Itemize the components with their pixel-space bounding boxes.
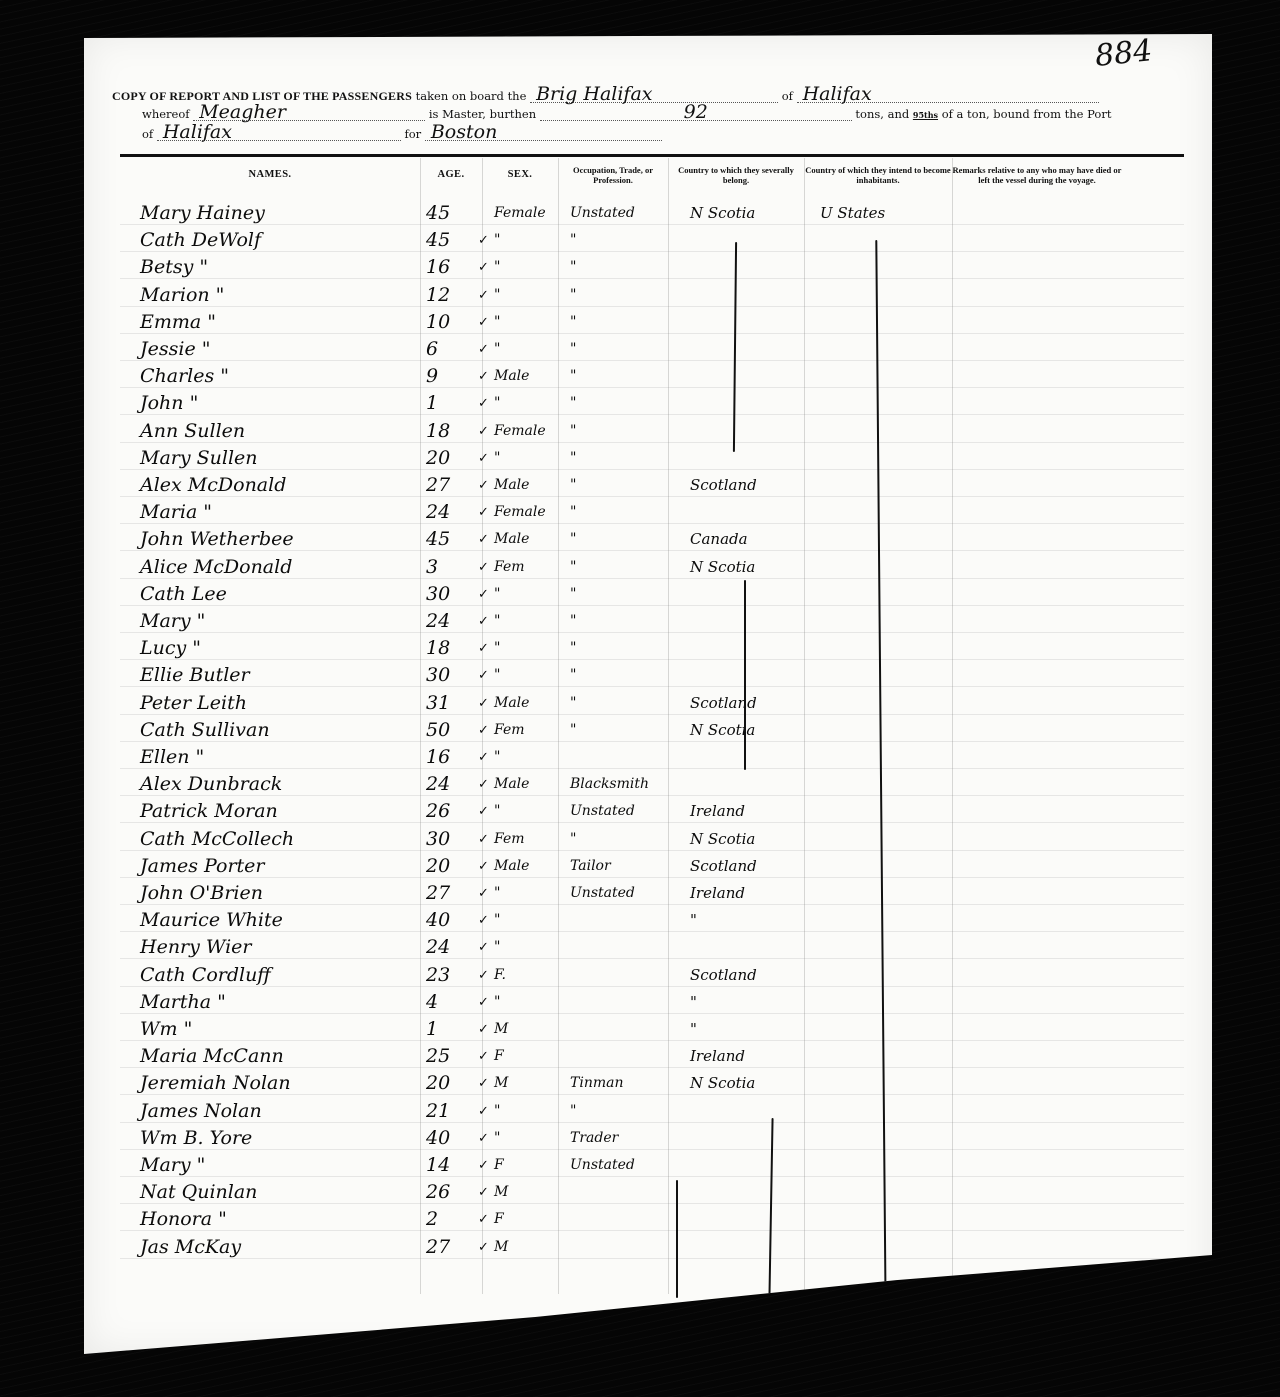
check-mark-icon: ✓	[478, 750, 489, 765]
passenger-age: 50	[426, 719, 450, 741]
check-mark-icon: ✓	[478, 478, 489, 493]
passenger-age: 45	[426, 528, 450, 550]
passenger-sex: Male	[494, 858, 529, 874]
check-mark-icon: ✓	[478, 587, 489, 602]
check-mark-icon: ✓	[478, 1212, 489, 1227]
passenger-occupation: Unstated	[570, 803, 635, 819]
ditto-line-occupation	[676, 1180, 678, 1298]
passenger-occupation: "	[570, 613, 576, 629]
passenger-occupation: "	[570, 341, 576, 357]
passenger-occupation: Tailor	[570, 858, 611, 874]
passenger-name: Alex McDonald	[140, 474, 286, 496]
passenger-age: 1	[426, 392, 438, 414]
passenger-name: Mary Hainey	[140, 202, 265, 224]
passenger-occupation: Trader	[570, 1130, 618, 1146]
passenger-sex: F	[494, 1157, 504, 1173]
passenger-sex: "	[494, 1130, 500, 1146]
col-country-intend: Country of which they intend to become i…	[804, 158, 952, 192]
check-mark-icon: ✓	[478, 560, 489, 575]
page-number: 884	[1093, 33, 1154, 74]
passenger-age: 24	[426, 610, 450, 632]
passenger-age: 6	[426, 338, 438, 360]
passenger-country: Canada	[690, 530, 748, 548]
passenger-destination: U States	[820, 204, 885, 222]
passenger-name: Nat Quinlan	[140, 1181, 257, 1203]
passenger-occupation: "	[570, 259, 576, 275]
passenger-row: Patrick Moran26"UnstatedIreland✓	[84, 800, 1212, 824]
passenger-sex: "	[494, 1103, 500, 1119]
passenger-occupation: Blacksmith	[570, 776, 649, 792]
passenger-country: N Scotia	[690, 1074, 755, 1092]
passenger-name: John "	[140, 392, 198, 414]
passenger-occupation: "	[570, 1103, 576, 1119]
col-names: NAMES.	[120, 158, 420, 192]
header-rule	[120, 154, 1184, 157]
passenger-name: Alice McDonald	[140, 556, 292, 578]
passenger-row: Peter Leith31Male"Scotland✓	[84, 692, 1212, 716]
passenger-row: Cath Sullivan50Fem"N Scotia✓	[84, 719, 1212, 743]
passenger-row: Cath Cordluff23F.Scotland✓	[84, 964, 1212, 988]
passenger-age: 21	[426, 1100, 450, 1122]
check-mark-icon: ✓	[478, 1158, 489, 1173]
passenger-sex: "	[494, 667, 500, 683]
passenger-row: Emma "10""✓	[84, 311, 1212, 335]
passenger-row: Maurice White40""✓	[84, 909, 1212, 933]
passenger-row: Wm "1M"✓	[84, 1018, 1212, 1042]
check-mark-icon: ✓	[478, 532, 489, 547]
passenger-occupation: "	[570, 477, 576, 493]
passenger-age: 45	[426, 202, 450, 224]
passenger-sex: F.	[494, 967, 506, 983]
passenger-sex: Female	[494, 205, 546, 221]
passenger-age: 18	[426, 637, 450, 659]
check-mark-icon: ✓	[478, 804, 489, 819]
passenger-sex: Male	[494, 477, 529, 493]
ditto-line-country-2	[744, 580, 746, 770]
check-mark-icon: ✓	[478, 886, 489, 901]
passenger-sex: M	[494, 1075, 508, 1091]
passenger-country: N Scotia	[690, 204, 755, 222]
passenger-row: Charles "9Male"✓	[84, 365, 1212, 389]
check-mark-icon: ✓	[478, 451, 489, 466]
passenger-occupation: Unstated	[570, 205, 635, 221]
passenger-name: Ann Sullen	[140, 420, 245, 442]
passenger-age: 24	[426, 501, 450, 523]
passenger-name: Jas McKay	[140, 1236, 241, 1258]
passenger-row: Wm B. Yore40"Trader✓	[84, 1127, 1212, 1151]
col-occupation: Occupation, Trade, or Profession.	[558, 158, 668, 192]
passenger-name: Cath McCollech	[140, 828, 294, 850]
passenger-occupation: "	[570, 695, 576, 711]
check-mark-icon: ✓	[478, 260, 489, 275]
passenger-row: Henry Wier24"✓	[84, 936, 1212, 960]
check-mark-icon: ✓	[478, 832, 489, 847]
passenger-name: Cath Cordluff	[140, 964, 271, 986]
passenger-name: Emma "	[140, 311, 216, 333]
passenger-age: 25	[426, 1045, 450, 1067]
for-label: for	[405, 127, 422, 141]
passenger-age: 30	[426, 828, 450, 850]
passenger-row: Lucy "18""✓	[84, 637, 1212, 661]
passenger-name: Peter Leith	[140, 692, 247, 714]
passenger-name: Honora "	[140, 1208, 227, 1230]
passenger-age: 27	[426, 1236, 450, 1258]
passenger-sex: "	[494, 586, 500, 602]
passenger-age: 24	[426, 936, 450, 958]
passenger-name: Marion "	[140, 284, 224, 306]
passenger-age: 4	[426, 991, 438, 1013]
check-mark-icon: ✓	[478, 859, 489, 874]
passenger-sex: Male	[494, 368, 529, 384]
check-mark-icon: ✓	[478, 342, 489, 357]
vessel-home-port: Halifax	[797, 86, 1099, 103]
passenger-row: James Nolan21""✓	[84, 1100, 1212, 1124]
passenger-sex: "	[494, 803, 500, 819]
passenger-age: 1	[426, 1018, 438, 1040]
check-mark-icon: ✓	[478, 968, 489, 983]
passenger-row: Mary "24""✓	[84, 610, 1212, 634]
passenger-country: "	[690, 993, 697, 1011]
passenger-row: Honora "2F✓	[84, 1208, 1212, 1232]
check-mark-icon: ✓	[478, 913, 489, 928]
passenger-name: Wm B. Yore	[140, 1127, 252, 1149]
col-age: AGE.	[420, 158, 482, 192]
passenger-occupation: "	[570, 831, 576, 847]
passenger-name: Cath Lee	[140, 583, 227, 605]
passenger-sex: Fem	[494, 559, 525, 575]
passenger-sex: Female	[494, 423, 546, 439]
passenger-occupation: "	[570, 504, 576, 520]
check-mark-icon: ✓	[478, 369, 489, 384]
check-mark-icon: ✓	[478, 614, 489, 629]
passenger-sex: M	[494, 1021, 508, 1037]
check-mark-icon: ✓	[478, 940, 489, 955]
manifest-sheet: 884 COPY OF REPORT AND LIST OF THE PASSE…	[84, 34, 1212, 1354]
passenger-name: Charles "	[140, 365, 229, 387]
check-mark-icon: ✓	[478, 1049, 489, 1064]
bound-label: of a ton, bound from the Port	[942, 107, 1112, 121]
passenger-country: Scotland	[690, 476, 757, 494]
passenger-sex: Fem	[494, 831, 525, 847]
passenger-sex: Male	[494, 776, 529, 792]
passenger-occupation: Unstated	[570, 1157, 635, 1173]
passenger-name: Cath DeWolf	[140, 229, 261, 251]
passenger-name: Maurice White	[140, 909, 283, 931]
passenger-age: 24	[426, 773, 450, 795]
passenger-row: Cath DeWolf45""✓	[84, 229, 1212, 253]
passenger-age: 30	[426, 583, 450, 605]
passenger-occupation: "	[570, 395, 576, 411]
tons-label: tons, and	[855, 107, 909, 121]
passenger-row: Ellie Butler30""✓	[84, 664, 1212, 688]
passenger-row: Nat Quinlan26M✓	[84, 1181, 1212, 1205]
passenger-age: 20	[426, 447, 450, 469]
check-mark-icon: ✓	[478, 777, 489, 792]
passenger-name: John O'Brien	[140, 882, 263, 904]
passenger-age: 14	[426, 1154, 450, 1176]
passenger-sex: "	[494, 939, 500, 955]
passenger-country: N Scotia	[690, 830, 755, 848]
passenger-age: 26	[426, 1181, 450, 1203]
passenger-name: Maria McCann	[140, 1045, 284, 1067]
passenger-age: 40	[426, 909, 450, 931]
passenger-age: 31	[426, 692, 450, 714]
passenger-occupation: "	[570, 232, 576, 248]
passenger-country: Ireland	[690, 802, 745, 820]
passenger-name: James Nolan	[140, 1100, 262, 1122]
passenger-country: "	[690, 1020, 697, 1038]
passenger-sex: Female	[494, 504, 546, 520]
passenger-row: Ann Sullen18Female"✓	[84, 420, 1212, 444]
check-mark-icon: ✓	[478, 505, 489, 520]
passenger-row: Maria McCann25FIreland✓	[84, 1045, 1212, 1069]
passenger-sex: "	[494, 912, 500, 928]
passenger-age: 10	[426, 311, 450, 333]
col-remarks: Remarks relative to any who may have die…	[952, 158, 1122, 192]
check-mark-icon: ✓	[478, 723, 489, 738]
check-mark-icon: ✓	[478, 1076, 489, 1091]
check-mark-icon: ✓	[478, 1240, 489, 1255]
passenger-name: Ellen "	[140, 746, 204, 768]
passenger-occupation: Unstated	[570, 885, 635, 901]
col-country-belong: Country to which they severally belong.	[668, 158, 804, 192]
is-master-label: is Master, burthen	[429, 107, 536, 121]
passenger-occupation: "	[570, 586, 576, 602]
passenger-occupation: "	[570, 640, 576, 656]
passenger-occupation: "	[570, 559, 576, 575]
passenger-country: Scotland	[690, 694, 757, 712]
passenger-age: 2	[426, 1208, 438, 1230]
passenger-row: Alex Dunbrack24MaleBlacksmith✓	[84, 773, 1212, 797]
header-line-2: whereof Meagher is Master, burthen 92 to…	[142, 104, 1111, 121]
col-sex: SEX.	[482, 158, 558, 192]
passenger-name: Mary "	[140, 610, 205, 632]
passenger-name: Mary "	[140, 1154, 205, 1176]
passenger-age: 18	[426, 420, 450, 442]
passenger-row: Mary "14FUnstated✓	[84, 1154, 1212, 1178]
check-mark-icon: ✓	[478, 233, 489, 248]
passenger-sex: F	[494, 1211, 504, 1227]
passenger-sex: "	[494, 749, 500, 765]
passenger-sex: M	[494, 1239, 508, 1255]
passenger-country: "	[690, 911, 697, 929]
passenger-name: Lucy "	[140, 637, 201, 659]
passenger-country: Scotland	[690, 966, 757, 984]
port-of-label: of	[142, 127, 153, 141]
passenger-sex: "	[494, 885, 500, 901]
check-mark-icon: ✓	[478, 1131, 489, 1146]
check-mark-icon: ✓	[478, 315, 489, 330]
passenger-row: Ellen "16"✓	[84, 746, 1212, 770]
passenger-country: Ireland	[690, 884, 745, 902]
header-line-3: of Halifax for Boston	[142, 124, 662, 141]
passenger-age: 16	[426, 256, 450, 278]
passenger-row: Marion "12""✓	[84, 284, 1212, 308]
passenger-sex: Male	[494, 695, 529, 711]
fraction-label: 95ths	[913, 110, 938, 120]
check-mark-icon: ✓	[478, 1185, 489, 1200]
passenger-sex: "	[494, 994, 500, 1010]
passenger-age: 45	[426, 229, 450, 251]
passenger-sex: "	[494, 341, 500, 357]
passenger-age: 3	[426, 556, 438, 578]
passenger-row: Alice McDonald3Fem"N Scotia✓	[84, 556, 1212, 580]
passenger-occupation: "	[570, 450, 576, 466]
passenger-row: Jessie "6""✓	[84, 338, 1212, 362]
burthen-tons: 92	[540, 104, 852, 121]
passenger-sex: Fem	[494, 722, 525, 738]
check-mark-icon: ✓	[478, 641, 489, 656]
passenger-sex: "	[494, 395, 500, 411]
passenger-country: N Scotia	[690, 558, 755, 576]
passenger-sex: "	[494, 232, 500, 248]
passenger-name: Cath Sullivan	[140, 719, 270, 741]
passenger-age: 9	[426, 365, 438, 387]
passenger-age: 16	[426, 746, 450, 768]
passenger-row: John O'Brien27"UnstatedIreland✓	[84, 882, 1212, 906]
passenger-name: Martha "	[140, 991, 226, 1013]
passenger-name: Wm "	[140, 1018, 192, 1040]
passenger-name: Jessie "	[140, 338, 210, 360]
passenger-row: Cath Lee30""✓	[84, 583, 1212, 607]
check-mark-icon: ✓	[478, 1022, 489, 1037]
passenger-name: John Wetherbee	[140, 528, 294, 550]
passenger-country: Scotland	[690, 857, 757, 875]
passenger-sex: Male	[494, 531, 529, 547]
passenger-sex: "	[494, 450, 500, 466]
passenger-sex: "	[494, 314, 500, 330]
passenger-row: Mary Sullen20""✓	[84, 447, 1212, 471]
passenger-occupation: Tinman	[570, 1075, 623, 1091]
passenger-row: John "1""✓	[84, 392, 1212, 416]
passenger-sex: "	[494, 640, 500, 656]
passenger-row: Maria "24Female"✓	[84, 501, 1212, 525]
passenger-row: Jeremiah Nolan20MTinmanN Scotia✓	[84, 1072, 1212, 1096]
whereof-label: whereof	[142, 107, 190, 121]
passenger-occupation: "	[570, 423, 576, 439]
passenger-occupation: "	[570, 368, 576, 384]
passenger-row: Betsy "16""✓	[84, 256, 1212, 280]
passenger-country: Ireland	[690, 1047, 745, 1065]
passenger-row: Alex McDonald27Male"Scotland✓	[84, 474, 1212, 498]
passenger-row: Cath McCollech30Fem"N Scotia✓	[84, 828, 1212, 852]
passenger-age: 26	[426, 800, 450, 822]
passenger-name: Maria "	[140, 501, 212, 523]
passenger-occupation: "	[570, 531, 576, 547]
passenger-age: 40	[426, 1127, 450, 1149]
passenger-sex: M	[494, 1184, 508, 1200]
passenger-name: Alex Dunbrack	[140, 773, 282, 795]
passenger-row: Martha "4""✓	[84, 991, 1212, 1015]
check-mark-icon: ✓	[478, 396, 489, 411]
passenger-sex: "	[494, 613, 500, 629]
passenger-row: John Wetherbee45Male"Canada✓	[84, 528, 1212, 552]
passenger-sex: F	[494, 1048, 504, 1064]
port-to: Boston	[425, 124, 662, 141]
passenger-age: 27	[426, 474, 450, 496]
check-mark-icon: ✓	[478, 668, 489, 683]
vessel-name: Brig Halifax	[530, 86, 778, 103]
passenger-name: Patrick Moran	[140, 800, 278, 822]
passenger-name: Henry Wier	[140, 936, 252, 958]
passenger-occupation: "	[570, 667, 576, 683]
port-from: Halifax	[157, 124, 401, 141]
passenger-age: 27	[426, 882, 450, 904]
passenger-occupation: "	[570, 287, 576, 303]
master-name: Meagher	[193, 104, 425, 121]
passenger-name: Ellie Butler	[140, 664, 250, 686]
taken-on-board-label: taken on board the	[416, 89, 527, 103]
passenger-row: Mary Hainey45FemaleUnstatedN ScotiaU Sta…	[84, 202, 1212, 226]
passenger-sex: "	[494, 287, 500, 303]
check-mark-icon: ✓	[478, 995, 489, 1010]
check-mark-icon: ✓	[478, 696, 489, 711]
passenger-name: Betsy "	[140, 256, 208, 278]
check-mark-icon: ✓	[478, 1104, 489, 1119]
passenger-row: James Porter20MaleTailorScotland✓	[84, 855, 1212, 879]
passenger-name: Jeremiah Nolan	[140, 1072, 291, 1094]
passenger-age: 23	[426, 964, 450, 986]
of-label: of	[782, 89, 793, 103]
passenger-row: Jas McKay27M✓	[84, 1236, 1212, 1260]
check-mark-icon: ✓	[478, 288, 489, 303]
check-mark-icon: ✓	[478, 424, 489, 439]
passenger-age: 30	[426, 664, 450, 686]
passenger-age: 20	[426, 855, 450, 877]
passenger-sex: "	[494, 259, 500, 275]
passenger-occupation: "	[570, 722, 576, 738]
passenger-occupation: "	[570, 314, 576, 330]
passenger-age: 12	[426, 284, 450, 306]
passenger-name: Mary Sullen	[140, 447, 258, 469]
passenger-name: James Porter	[140, 855, 265, 877]
passenger-age: 20	[426, 1072, 450, 1094]
